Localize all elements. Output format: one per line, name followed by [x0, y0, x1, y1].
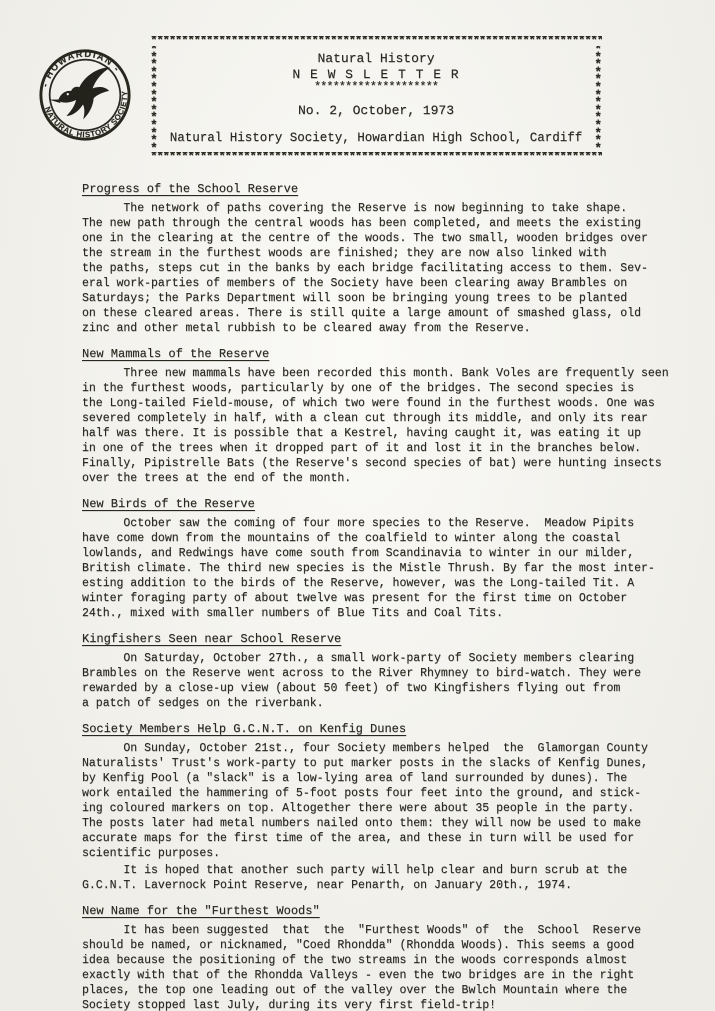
newsletter-section: New Birds of the Reserve October saw the… [82, 497, 688, 621]
paragraph: The network of paths covering the Reserv… [82, 201, 688, 336]
newsletter-section: Progress of the School Reserve The netwo… [82, 182, 688, 336]
paragraph: Three new mammals have been recorded thi… [82, 366, 688, 486]
newsletter-section: New Name for the "Furthest Woods" It has… [82, 904, 688, 1011]
section-paragraphs: It has been suggested that the "Furthest… [82, 923, 688, 1011]
box-border-right: ************** [593, 46, 602, 152]
paragraph: October saw the coming of four more spec… [82, 516, 688, 621]
paragraph: It has been suggested that the "Furthest… [82, 923, 688, 1011]
paragraph: It is hoped that another such party will… [82, 863, 688, 893]
section-heading: Kingfishers Seen near School Reserve [82, 632, 341, 647]
box-border-top: ****************************************… [150, 36, 602, 46]
masthead: ****************************************… [150, 36, 602, 162]
section-paragraphs: On Sunday, October 21st., four Society m… [82, 741, 688, 893]
newsletter-section: Society Members Help G.C.N.T. on Kenfig … [82, 722, 688, 893]
paragraph: On Sunday, October 21st., four Society m… [82, 741, 688, 861]
section-paragraphs: The network of paths covering the Reserv… [82, 201, 688, 336]
box-border-left: ************** [150, 46, 159, 152]
section-heading: New Birds of the Reserve [82, 497, 255, 512]
section-paragraphs: October saw the coming of four more spec… [82, 516, 688, 621]
box-border-bottom: ****************************************… [150, 152, 602, 162]
swift-bird-icon: - HOWARDIAN - NATURAL HISTORY SOCIETY [36, 46, 134, 144]
society-logo: - HOWARDIAN - NATURAL HISTORY SOCIETY [36, 46, 134, 144]
society-name-line: Natural History Society, Howardian High … [163, 131, 589, 145]
paragraph: On Saturday, October 27th., a small work… [82, 651, 688, 711]
section-paragraphs: On Saturday, October 27th., a small work… [82, 651, 688, 711]
section-heading: Society Members Help G.C.N.T. on Kenfig … [82, 722, 406, 737]
section-paragraphs: Three new mammals have been recorded thi… [82, 366, 688, 486]
section-heading: Progress of the School Reserve [82, 182, 298, 197]
section-heading: New Mammals of the Reserve [82, 347, 269, 362]
issue-date-line: No. 2, October, 1973 [163, 103, 589, 118]
newsletter-section: Kingfishers Seen near School Reserve On … [82, 632, 688, 711]
title-asterisk-rule: ******************** [163, 83, 589, 92]
section-heading: New Name for the "Furthest Woods" [82, 904, 320, 919]
scanned-newsletter-page: - HOWARDIAN - NATURAL HISTORY SOCIETY **… [0, 0, 715, 1011]
newsletter-title-line1: Natural History [163, 51, 589, 67]
newsletter-body: Progress of the School Reserve The netwo… [82, 180, 688, 1011]
newsletter-section: New Mammals of the Reserve Three new mam… [82, 347, 688, 486]
